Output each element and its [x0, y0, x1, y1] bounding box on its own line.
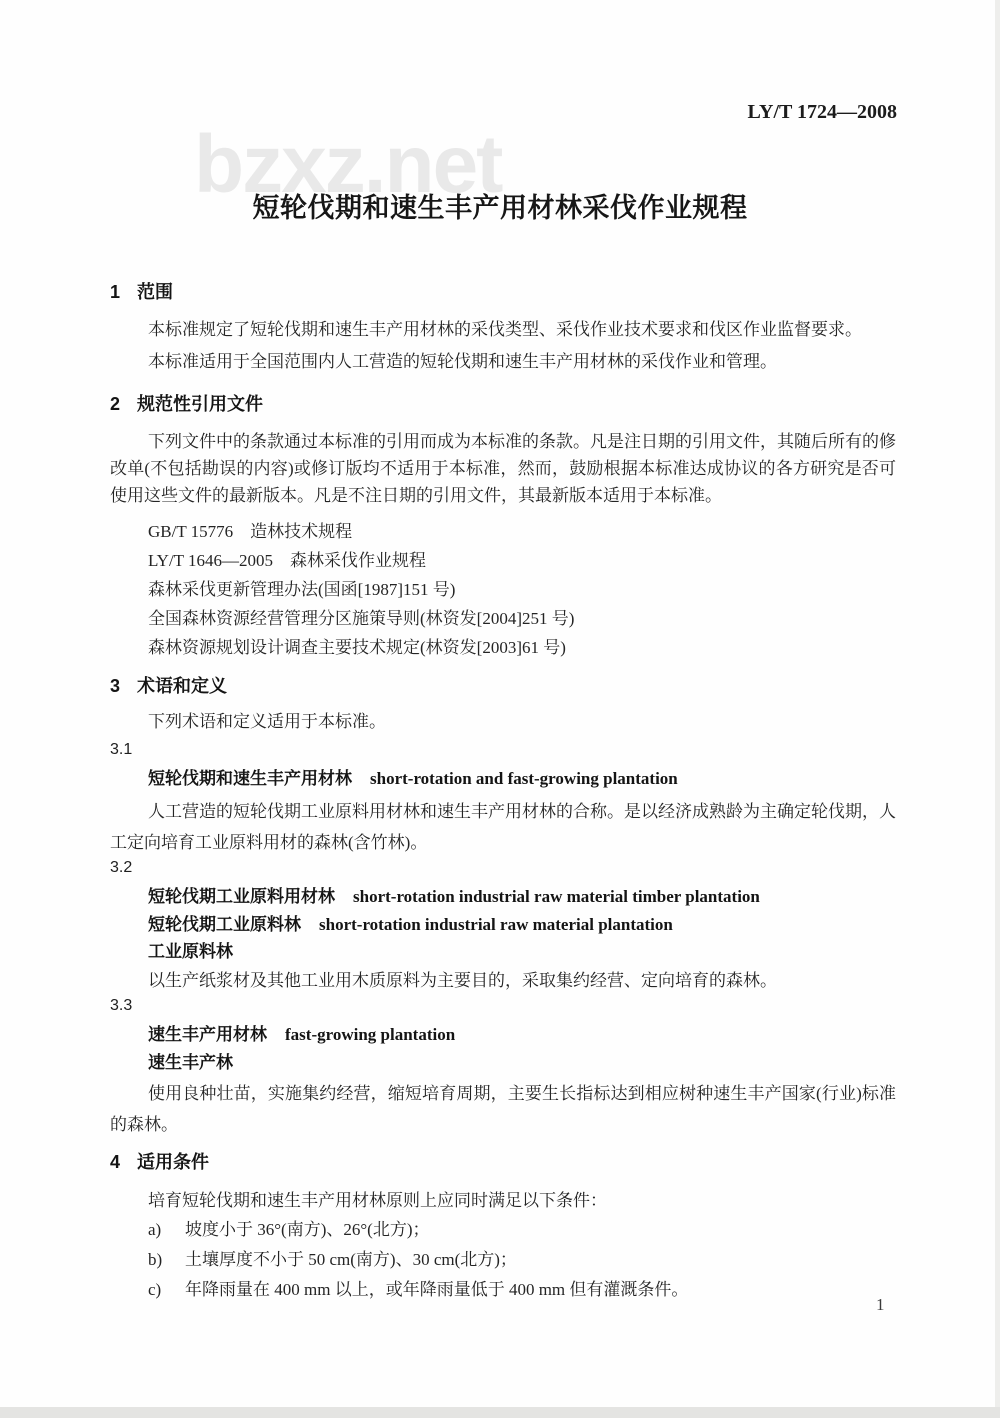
reference-name: 造林技术规程 [250, 522, 352, 541]
condition-item-b: b)土壤厚度不小于 50 cm(南方)、30 cm(北方)； [110, 1245, 896, 1275]
term-line: 短轮伐期工业原料林short-rotation industrial raw m… [110, 911, 896, 939]
section-1-number: 1 [110, 281, 120, 303]
scan-edge-bottom [0, 1407, 1000, 1418]
condition-item-c: c)年降雨量在 400 mm 以上，或年降雨量低于 400 mm 但有灌溉条件。 [110, 1275, 896, 1305]
section-3-title: 术语和定义 [137, 676, 227, 696]
term-3-3-names: 速生丰产用材林fast-growing plantation 速生丰产林 [110, 1021, 896, 1076]
term-3-3-definition: 使用良种壮苗，实施集约经营，缩短培育周期，主要生长指标达到相应树种速生丰产国家(… [110, 1078, 896, 1140]
document-title: 短轮伐期和速生丰产用材林采伐作业规程 [0, 191, 1000, 225]
term-line: 短轮伐期工业原料用材林short-rotation industrial raw… [110, 883, 896, 911]
term-3-1-names: 短轮伐期和速生丰产用材林short-rotation and fast-grow… [110, 765, 896, 793]
condition-text: 年降雨量在 400 mm 以上，或年降雨量低于 400 mm 但有灌溉条件。 [185, 1280, 688, 1299]
term-zh: 工业原料林 [148, 942, 233, 961]
section-2-number: 2 [110, 393, 120, 415]
term-line: 工业原料林 [110, 938, 896, 966]
term-zh: 短轮伐期工业原料用材林 [148, 887, 335, 906]
section-1-title: 范围 [137, 282, 173, 302]
section-4-heading: 4适用条件 [110, 1151, 896, 1173]
term-3-2-names: 短轮伐期工业原料用材林short-rotation industrial raw… [110, 883, 896, 966]
reference-item: LY/T 1646—2005森林采伐作业规程 [110, 546, 896, 575]
reference-item: GB/T 15776造林技术规程 [110, 517, 896, 546]
reference-item: 森林采伐更新管理办法(国函[1987]151 号) [110, 575, 896, 604]
reference-name: 全国森林资源经营管理分区施策导则(林资发[2004]251 号) [148, 609, 574, 628]
term-en: short-rotation industrial raw material p… [319, 915, 673, 934]
section-2-intro: 下列文件中的条款通过本标准的引用而成为本标准的条款。凡是注日期的引用文件，其随后… [110, 428, 896, 509]
section-4-intro: 培育短轮伐期和速生丰产用材林原则上应同时满足以下条件： [110, 1185, 896, 1216]
reference-name: 森林资源规划设计调查主要技术规定(林资发[2003]61 号) [148, 638, 566, 657]
standard-number: LY/T 1724—2008 [748, 100, 897, 124]
section-3-heading: 3术语和定义 [110, 675, 896, 697]
section-3-intro: 下列术语和定义适用于本标准。 [110, 706, 896, 737]
term-3-1-definition: 人工营造的短轮伐期工业原料用材林和速生丰产用材林的合称。是以经济成熟龄为主确定轮… [110, 796, 896, 858]
section-1-paragraph-1: 本标准规定了短轮伐期和速生丰产用材林的采伐类型、采伐作业技术要求和伐区作业监督要… [110, 314, 896, 345]
term-en: short-rotation and fast-growing plantati… [370, 769, 678, 788]
term-zh: 速生丰产用材林 [148, 1025, 267, 1044]
reference-code: GB/T 15776 [148, 517, 233, 546]
condition-text: 坡度小于 36°(南方)、26°(北方)； [185, 1220, 430, 1239]
clause-3-3-number: 3.3 [110, 996, 896, 1016]
section-1-paragraph-2: 本标准适用于全国范围内人工营造的短轮伐期和速生丰产用材林的采伐作业和管理。 [110, 346, 896, 377]
term-zh: 短轮伐期和速生丰产用材林 [148, 769, 352, 788]
section-4-number: 4 [110, 1151, 120, 1173]
condition-list: a)坡度小于 36°(南方)、26°(北方)； b)土壤厚度不小于 50 cm(… [110, 1215, 896, 1305]
document-page: bzxz.net LY/T 1724—2008 短轮伐期和速生丰产用材林采伐作业… [0, 0, 1000, 1418]
reference-code: LY/T 1646—2005 [148, 546, 273, 575]
section-1-heading: 1范围 [110, 281, 896, 303]
reference-name: 森林采伐更新管理办法(国函[1987]151 号) [148, 580, 455, 599]
reference-list: GB/T 15776造林技术规程 LY/T 1646—2005森林采伐作业规程 … [110, 517, 896, 662]
clause-3-1-number: 3.1 [110, 740, 896, 760]
term-line: 速生丰产用材林fast-growing plantation [110, 1021, 896, 1049]
clause-3-2-number: 3.2 [110, 858, 896, 878]
condition-text: 土壤厚度不小于 50 cm(南方)、30 cm(北方)； [185, 1250, 517, 1269]
term-en: short-rotation industrial raw material t… [353, 887, 760, 906]
section-4-title: 适用条件 [137, 1152, 209, 1172]
term-en: fast-growing plantation [285, 1025, 455, 1044]
condition-item-a: a)坡度小于 36°(南方)、26°(北方)； [110, 1215, 896, 1245]
condition-label: a) [148, 1215, 185, 1245]
condition-label: b) [148, 1245, 185, 1275]
reference-item: 森林资源规划设计调查主要技术规定(林资发[2003]61 号) [110, 633, 896, 662]
section-2-heading: 2规范性引用文件 [110, 393, 896, 415]
term-3-2-definition: 以生产纸浆材及其他工业用木质原料为主要目的，采取集约经营、定向培育的森林。 [110, 965, 896, 996]
reference-item: 全国森林资源经营管理分区施策导则(林资发[2004]251 号) [110, 604, 896, 633]
reference-name: 森林采伐作业规程 [290, 551, 426, 570]
page-number: 1 [876, 1294, 885, 1316]
term-zh: 短轮伐期工业原料林 [148, 915, 301, 934]
condition-label: c) [148, 1275, 185, 1305]
term-line: 短轮伐期和速生丰产用材林short-rotation and fast-grow… [110, 765, 896, 793]
section-2-title: 规范性引用文件 [137, 394, 263, 414]
term-zh: 速生丰产林 [148, 1053, 233, 1072]
section-3-number: 3 [110, 675, 120, 697]
term-line: 速生丰产林 [110, 1049, 896, 1077]
